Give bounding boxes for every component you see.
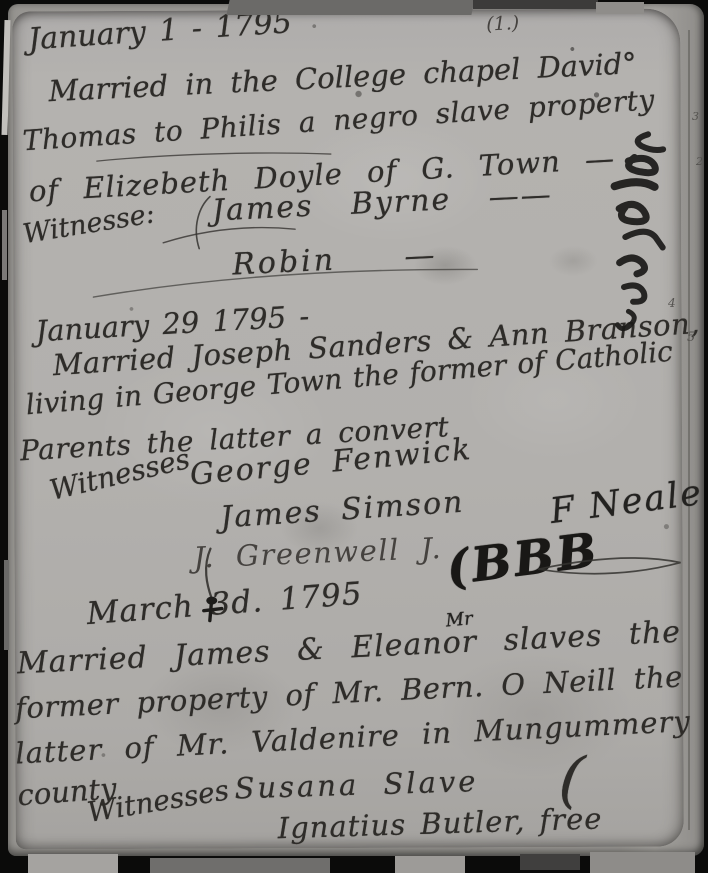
- binding-edge-highlight: [4, 560, 9, 650]
- bbb-ink-doodle: (BBB: [444, 526, 602, 592]
- edge-mark: 3: [692, 110, 699, 123]
- entry1-date: January 1 - 1795: [27, 8, 292, 55]
- bottom-page-edge: [150, 858, 330, 873]
- bottom-page-edge: [395, 856, 465, 873]
- page-number: (1.): [486, 14, 520, 34]
- edge-mark: 2: [696, 155, 703, 168]
- entry3-witness-ignatius-butler: Ignatius Butler, free: [277, 804, 603, 843]
- edge-mark: 5: [687, 330, 695, 345]
- scanned-register-page: 3 2 4 5 (1.) January 1 - 1795 Married in…: [0, 0, 708, 873]
- entry3-date: March 3d. 1795: [86, 579, 364, 630]
- bottom-page-edge: [520, 854, 580, 870]
- bottom-page-edge: [590, 852, 695, 873]
- entry3-witness-susana: Susana Slave: [234, 767, 479, 803]
- binding-edge-highlight: [2, 210, 7, 280]
- top-page-edge: [473, 0, 598, 9]
- entry2-witness-greenwell: J. Greenwell J.: [193, 534, 443, 573]
- top-page-edge: [226, 0, 474, 15]
- entry1-witness-robin: Robin —: [232, 241, 439, 281]
- entry2-witness-james-simson: James Simson: [219, 488, 465, 534]
- entry2-signature-f-neale: F Neale: [548, 476, 705, 530]
- witness-brace-stroke: [196, 197, 210, 249]
- top-page-edge: [596, 2, 644, 14]
- manuscript-page: (1.) January 1 - 1795 Married in the Col…: [12, 9, 684, 850]
- witness-underline-curve: [163, 227, 295, 242]
- edge-mark: 4: [668, 296, 676, 310]
- bottom-page-edge: [28, 854, 118, 873]
